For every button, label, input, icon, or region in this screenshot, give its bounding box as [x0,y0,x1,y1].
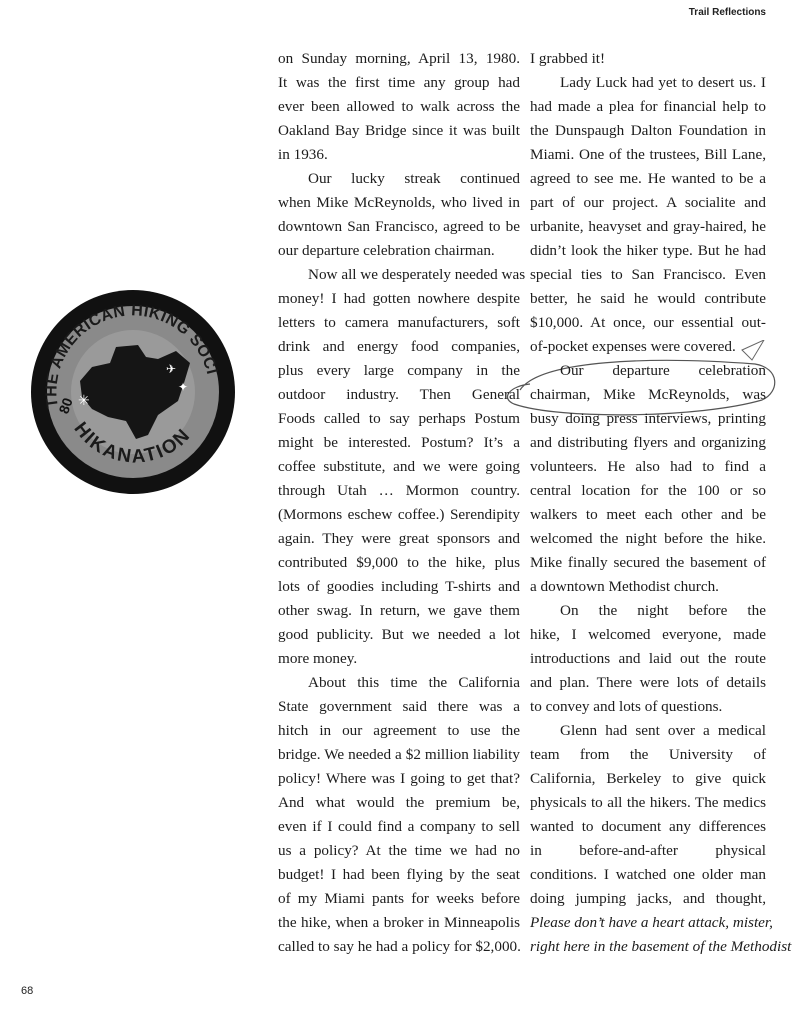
text-line: Now all we desperately needed was [278,263,520,287]
text-line: central location for the 100 or so [530,479,766,503]
text-line: had made a plea for financial help to [530,95,766,119]
text-line: might be interested. Postum? It’s a [278,431,520,455]
text-line: volunteers. He also had to find a [530,455,766,479]
text-line: wanted to document any differences [530,815,766,839]
text-line: a downtown Methodist church. [530,575,766,599]
text-line: in 1936. [278,143,520,167]
text-line: walkers to meet each other and be [530,503,766,527]
left-text-column: on Sunday morning, April 13, 1980.It was… [278,47,520,959]
text-line: special ties to San Francisco. Even [530,263,766,287]
text-line: (Mormons eschew coffee.) Serendipity [278,503,520,527]
text-line: Oakland Bay Bridge since it was built [278,119,520,143]
page-number: 68 [21,985,33,997]
text-line: agreed to see me. He wanted to be a [530,167,766,191]
text-line: better, he said he would contribute [530,287,766,311]
text-line: other swag. In return, we gave them [278,599,520,623]
text-line: drink and energy food companies, [278,335,520,359]
text-line: through Utah … Mormon country. [278,479,520,503]
text-line: the hike, when a broker in Minneapolis [278,911,520,935]
hikanation-patch-image: THE AMERICAN HIKING SOCIETY'S HIKANATION… [30,289,236,495]
text-line: $10,000. At once, our essential out- [530,311,766,335]
text-line: us a policy? At the time we had no [278,839,520,863]
svg-text:✦: ✦ [178,380,188,394]
text-line: doing jumping jacks, and thought, [530,887,766,911]
text-line: when Mike McReynolds, who lived in [278,191,520,215]
text-line: of my Miami pants for weeks before [278,887,520,911]
text-line: called to say he had a policy for $2,000… [278,935,520,959]
text-line: more money. [278,647,520,671]
text-line: didn’t look the hiker type. But he had [530,239,766,263]
text-line: and distributing flyers and organizing [530,431,766,455]
text-line: hike, I welcomed everyone, made [530,623,766,647]
text-line: urbanite, heavyset and gray-haired, he [530,215,766,239]
text-line: busy doing press interviews, printing [530,407,766,431]
text-line: part of our project. A socialite and [530,191,766,215]
text-line: bridge. We needed a $2 million liability [278,743,520,767]
patch-emblem-icon: THE AMERICAN HIKING SOCIETY'S HIKANATION… [30,289,236,495]
text-line: of-pocket expenses were covered. [530,335,766,359]
text-line: policy! Where was I going to get that? [278,767,520,791]
text-line: welcomed the night before the hike. [530,527,766,551]
text-line: Lady Luck had yet to desert us. I [530,71,766,95]
text-line: And what would the premium be, [278,791,520,815]
text-line: It was the first time any group had [278,71,520,95]
text-line: Our lucky streak continued [278,167,520,191]
text-line: contributed $9,000 to the hike, plus [278,551,520,575]
text-line: Miami. One of the trustees, Bill Lane, [530,143,766,167]
text-line: About this time the California [278,671,520,695]
text-line: Our departure celebration [530,359,766,383]
text-line: hitch in our agreement to use the [278,719,520,743]
italic-text-line: right here in the basement of the Method… [530,935,766,959]
text-line: ever been allowed to walk across the [278,95,520,119]
text-line: on Sunday morning, April 13, 1980. [278,47,520,71]
text-line: State government said there was a [278,695,520,719]
text-line: downtown San Francisco, agreed to be [278,215,520,239]
text-line: conditions. I watched one older man [530,863,766,887]
text-line: team from the University of [530,743,766,767]
text-line: budget! I had been flying by the seat [278,863,520,887]
text-line: the Dunspaugh Dalton Foundation in [530,119,766,143]
text-line: to convey and lots of questions. [530,695,766,719]
running-header: Trail Reflections [689,7,766,18]
text-line: again. They were great sponsors and [278,527,520,551]
italic-text-line: Please don’t have a heart attack, mister… [530,911,766,935]
text-line: On the night before the [530,599,766,623]
text-line: coffee substitute, and we were going [278,455,520,479]
right-text-column: I grabbed it! Lady Luck had yet to deser… [530,47,766,959]
text-line: good publicity. But we needed a lot [278,623,520,647]
text-line: and plan. There were lots of details [530,671,766,695]
text-line: Mike finally secured the basement of [530,551,766,575]
text-line: plus every large company in the [278,359,520,383]
text-line: chairman, Mike McReynolds, was [530,383,766,407]
text-line: letters to camera manufacturers, soft [278,311,520,335]
text-line: even if I could find a company to sell [278,815,520,839]
text-line: Glenn had sent over a medical [530,719,766,743]
svg-text:✈: ✈ [166,362,176,376]
text-line: in before-and-after physical [530,839,766,863]
svg-text:✳: ✳ [78,394,90,409]
text-line: outdoor industry. Then General [278,383,520,407]
text-line: our departure celebration chairman. [278,239,520,263]
text-line: lots of goodies including T-shirts and [278,575,520,599]
text-line: introductions and laid out the route [530,647,766,671]
text-line: California, Berkeley to give quick [530,767,766,791]
text-line: money! I had gotten nowhere despite [278,287,520,311]
text-line: physicals to all the hikers. The medics [530,791,766,815]
text-line: I grabbed it! [530,47,766,71]
text-line: Foods called to say perhaps Postum [278,407,520,431]
